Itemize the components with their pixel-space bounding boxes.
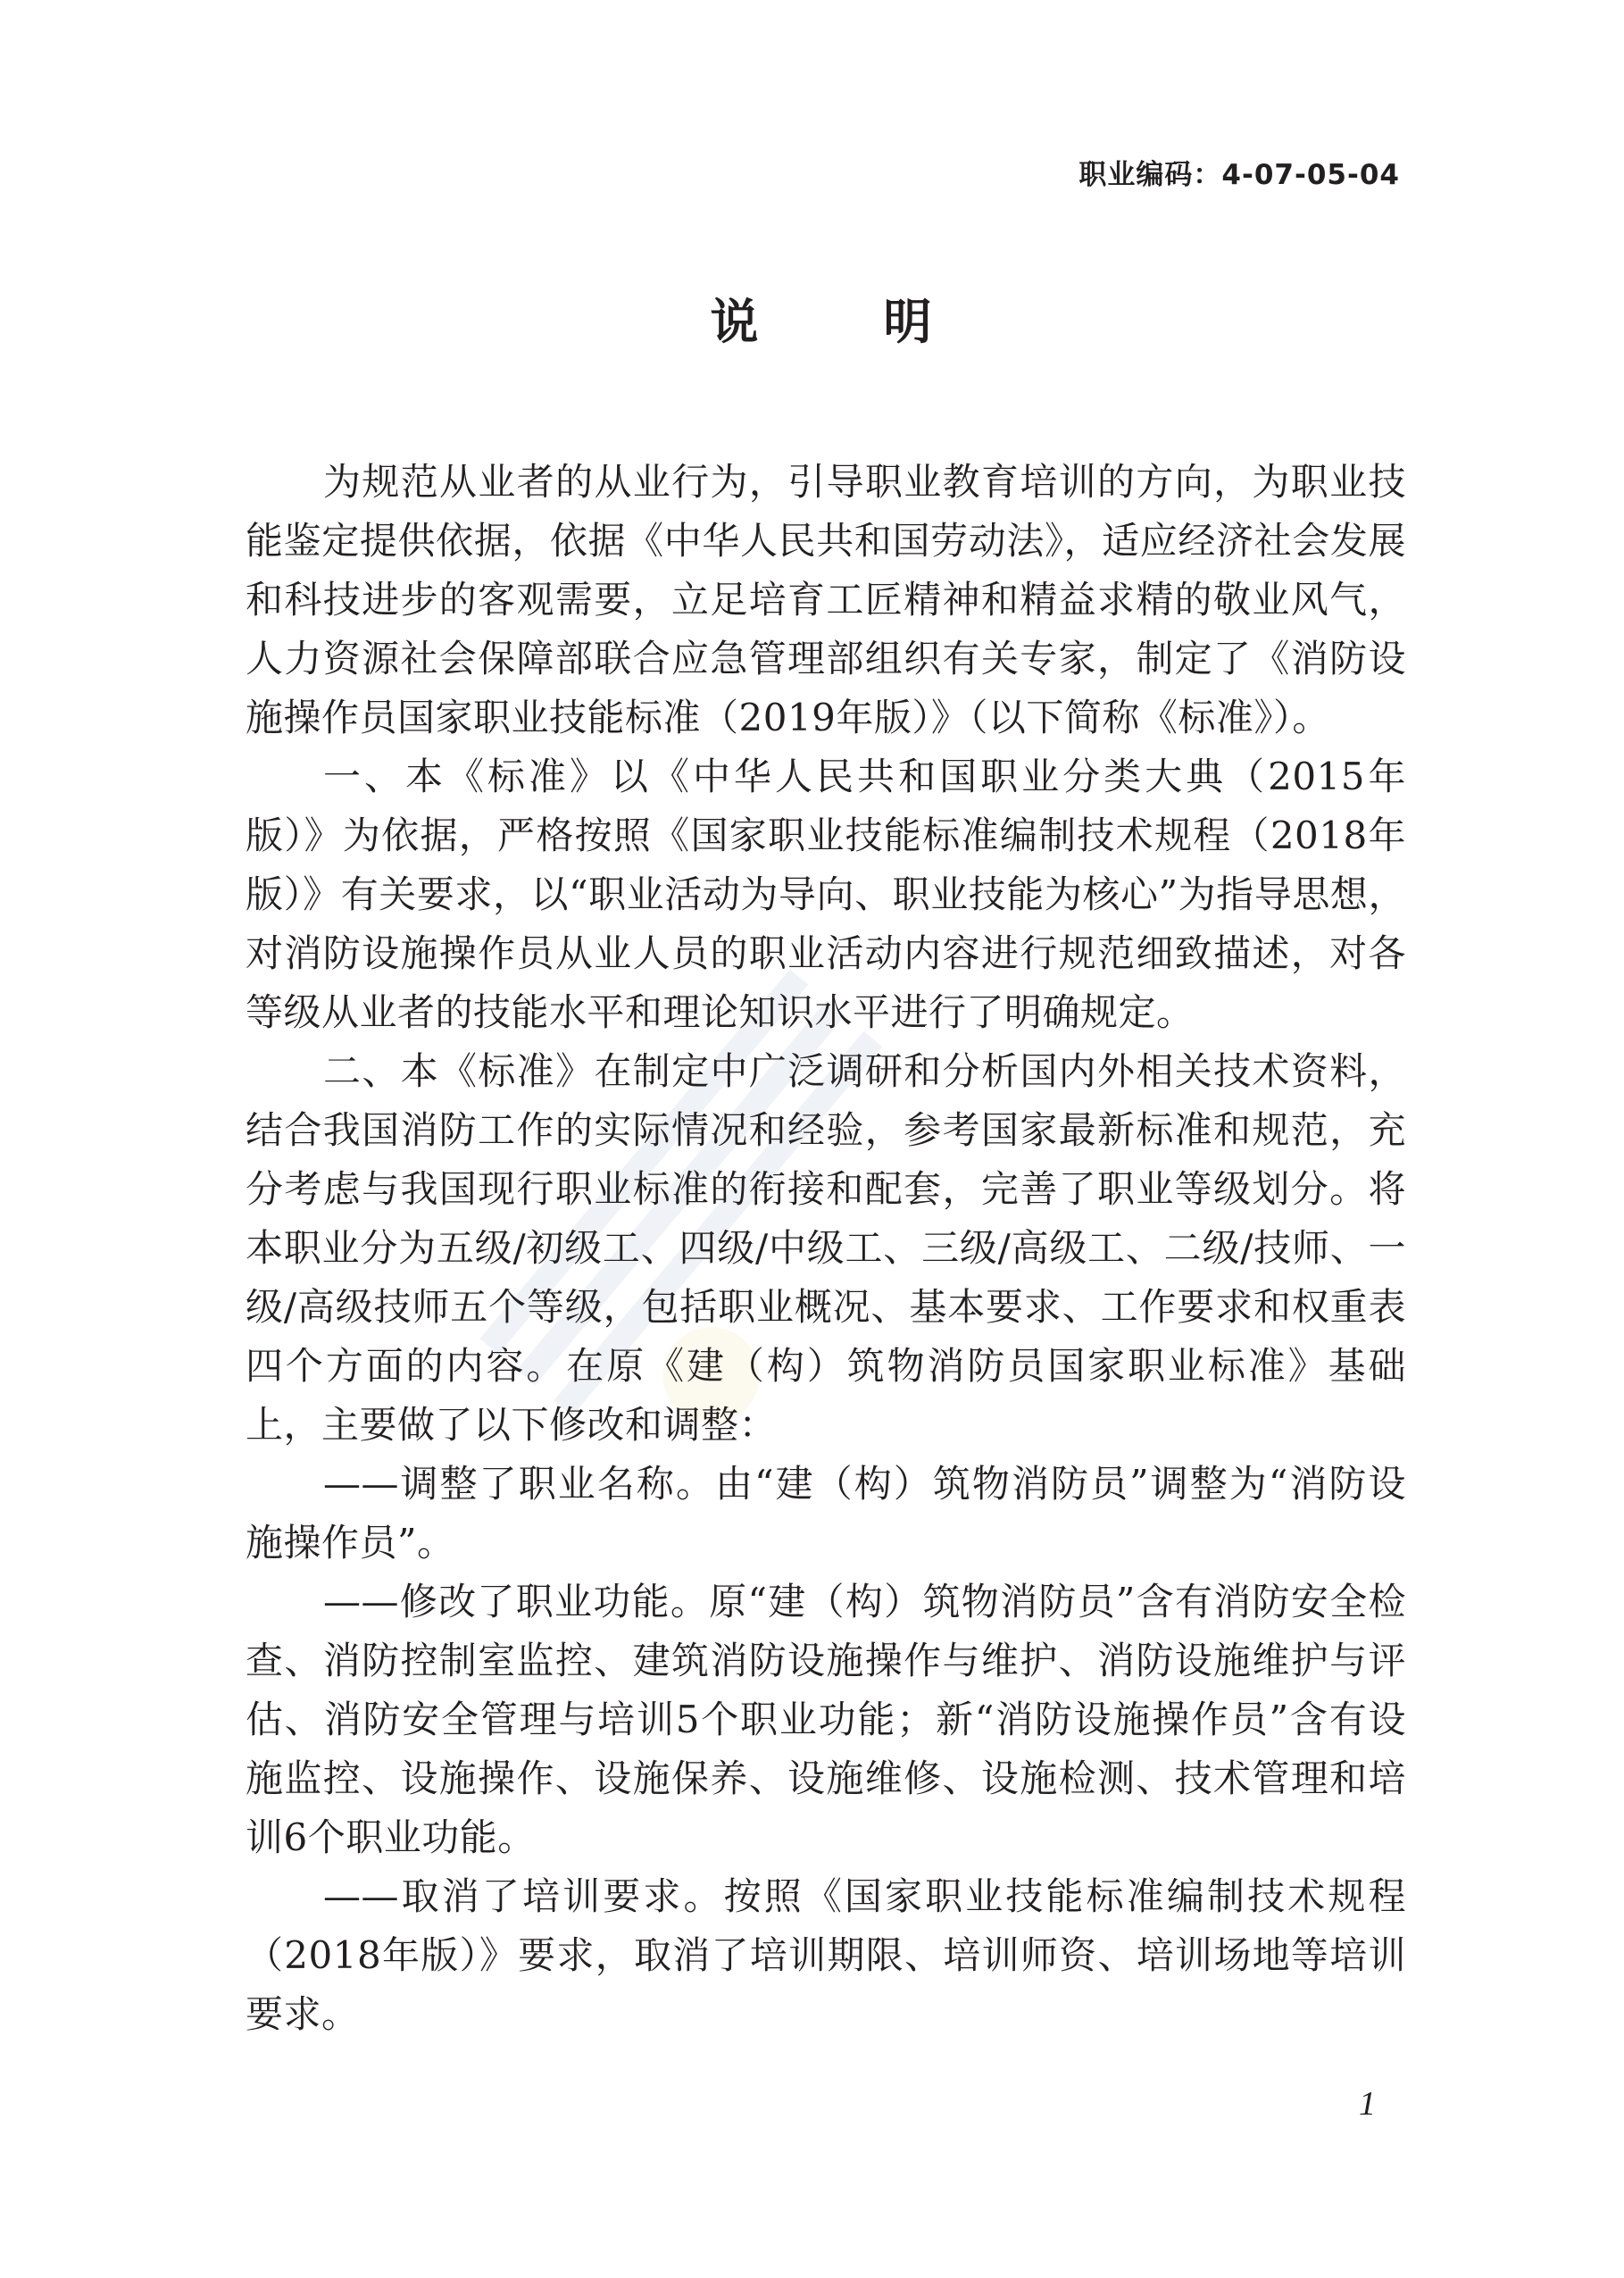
document-page: 职业编码：4-07-05-04 说明 为规范从业者的从业行为，引导职业教育培训的… [0, 0, 1624, 2278]
paragraph-change-training: ——取消了培训要求。按照《国家职业技能标准编制技术规程（2018年版）》要求，取… [246, 1867, 1406, 2044]
paragraph-section-2: 二、本《标准》在制定中广泛调研和分析国内外相关技术资料，结合我国消防工作的实际情… [246, 1042, 1406, 1455]
page-title: 说明 [0, 291, 1624, 354]
page-title-char-1: 说 [711, 291, 759, 354]
paragraph-change-name: ——调整了职业名称。由“建（构）筑物消防员”调整为“消防设施操作员”。 [246, 1455, 1406, 1573]
body-text: 为规范从业者的从业行为，引导职业教育培训的方向，为职业技能鉴定提供依据，依据《中… [246, 453, 1406, 2044]
paragraph-section-1: 一、本《标准》以《中华人民共和国职业分类大典（2015年版）》为依据，严格按照《… [246, 747, 1406, 1042]
page-number: 1 [1359, 2086, 1376, 2122]
paragraph-change-functions: ——修改了职业功能。原“建（构）筑物消防员”含有消防安全检查、消防控制室监控、建… [246, 1573, 1406, 1867]
occupation-code: 职业编码：4-07-05-04 [1079, 157, 1400, 193]
page-title-char-2: 明 [884, 291, 932, 354]
paragraph-intro: 为规范从业者的从业行为，引导职业教育培训的方向，为职业技能鉴定提供依据，依据《中… [246, 453, 1406, 747]
